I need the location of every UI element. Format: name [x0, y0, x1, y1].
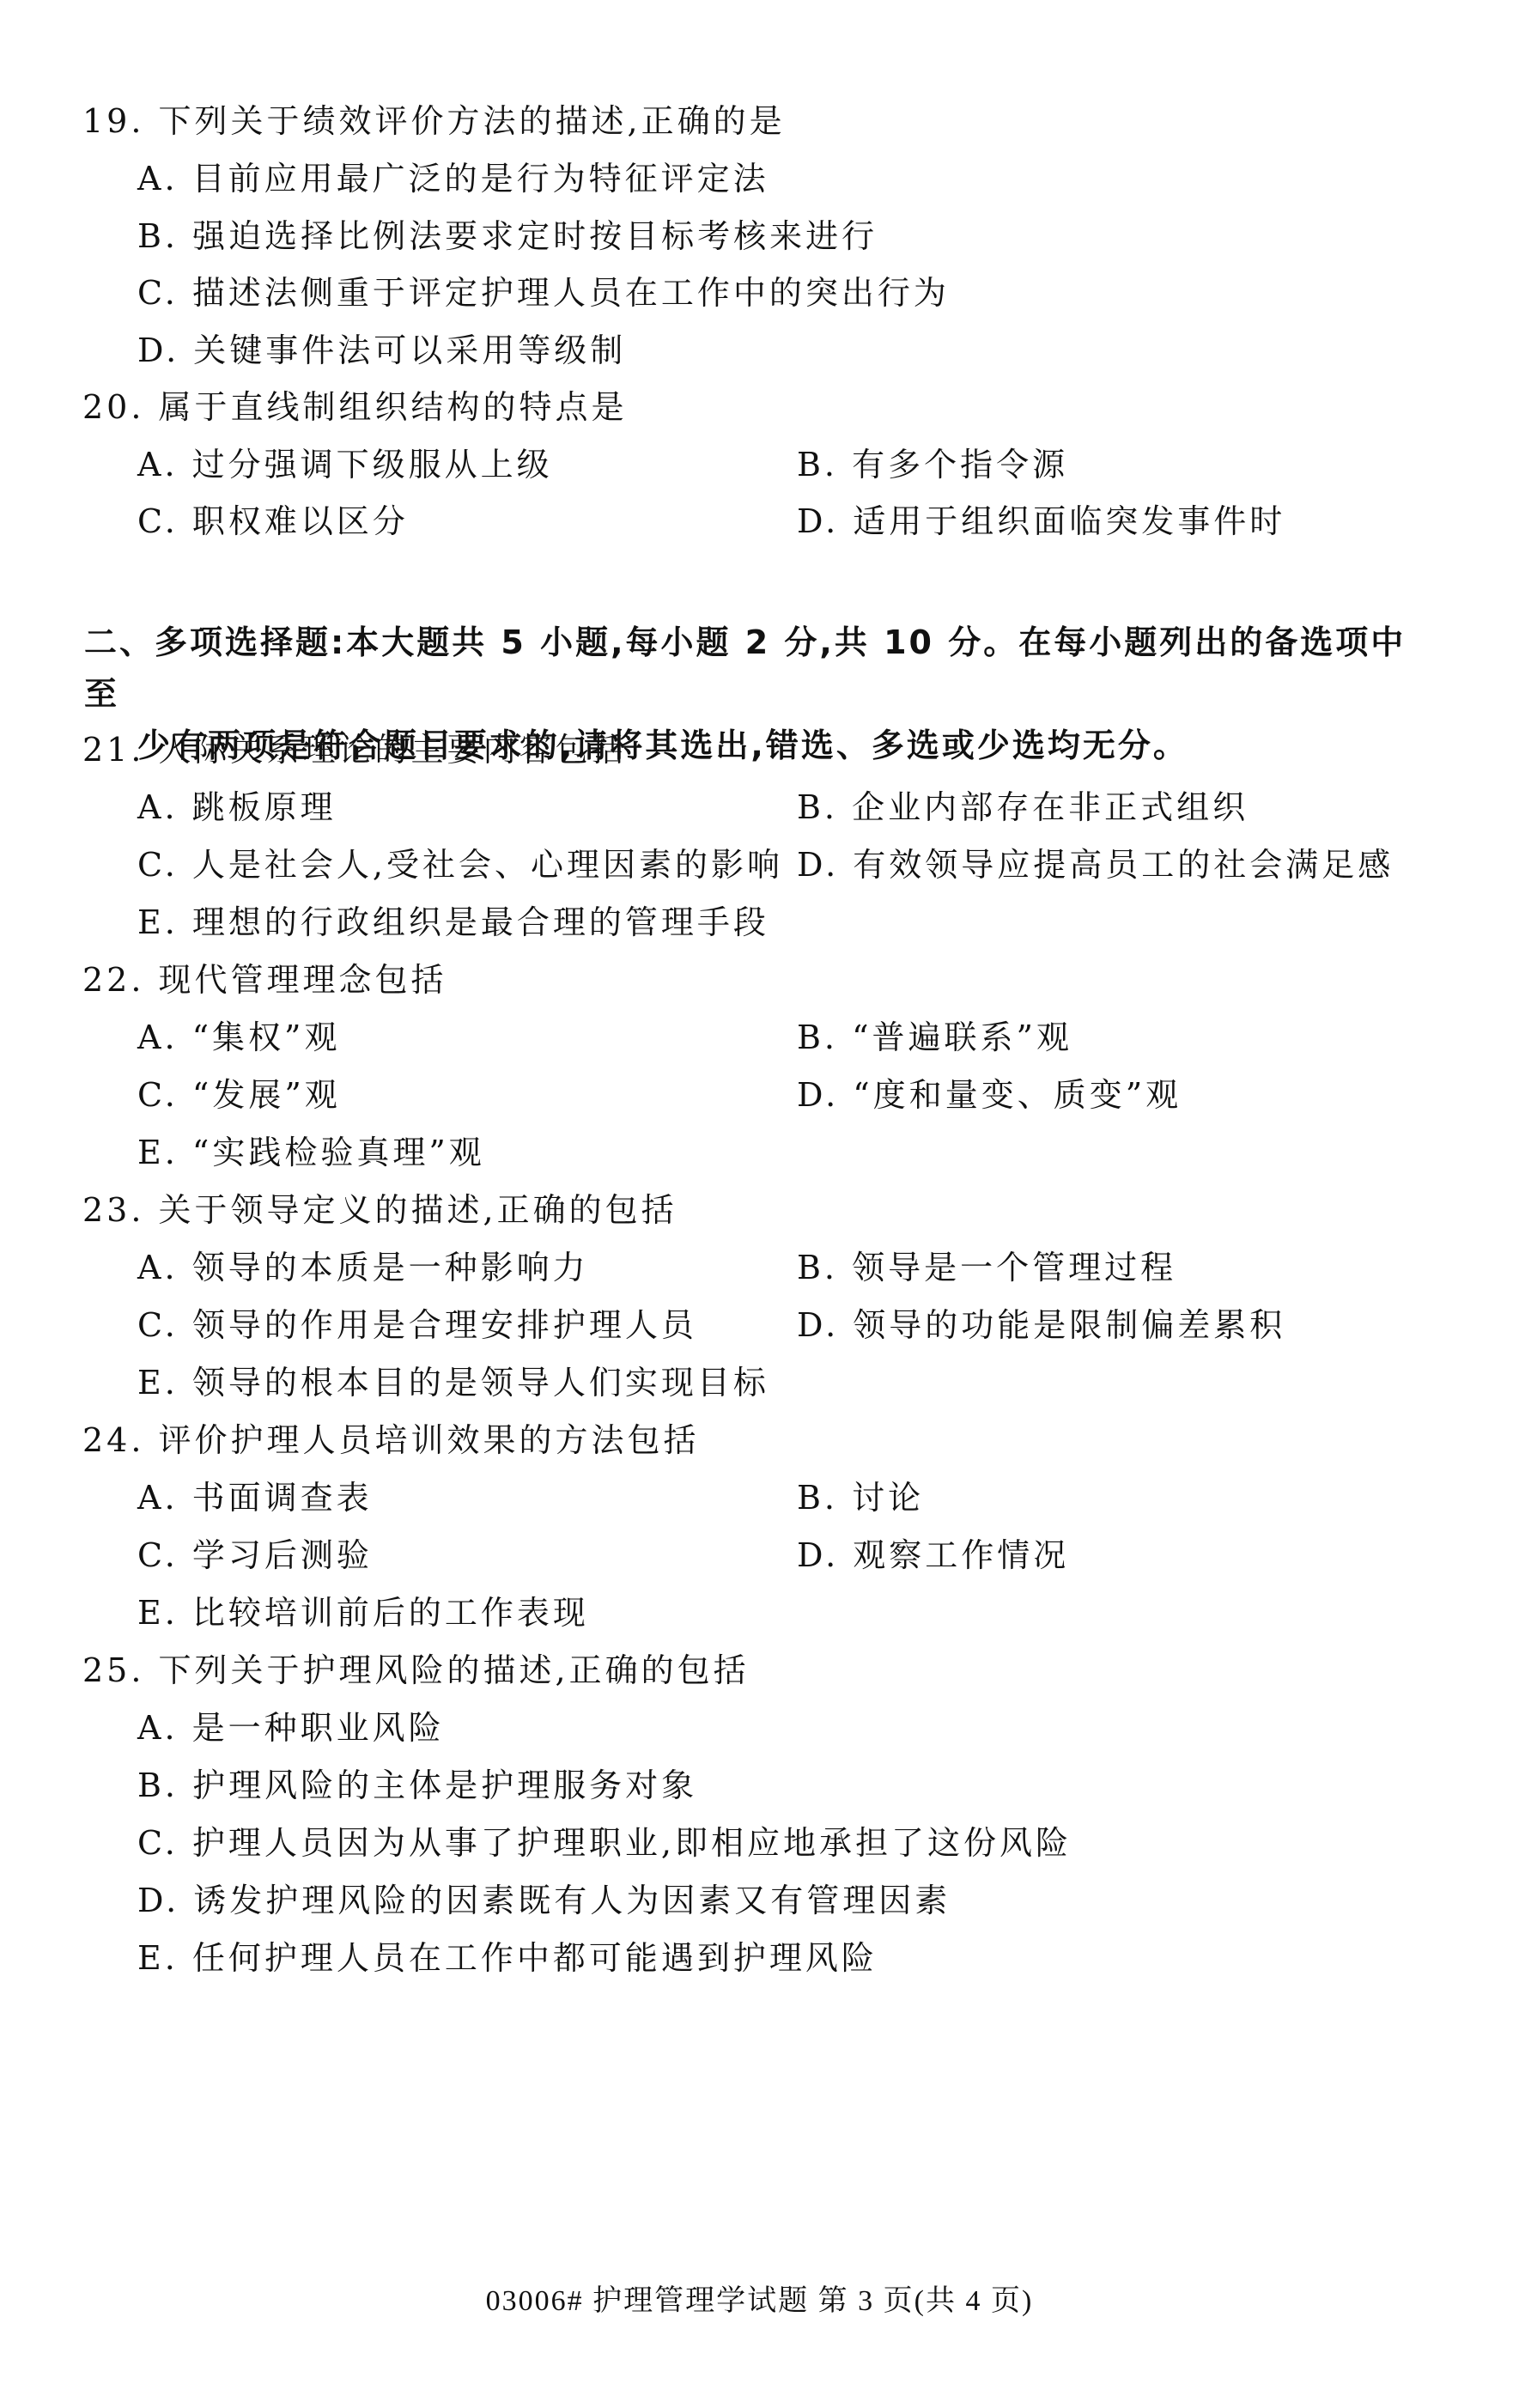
option-label: C. [137, 274, 179, 312]
option-b: B. 有多个指令源 [797, 436, 1068, 494]
text: 有效领导应提高员工的社会满足感 [853, 846, 1394, 884]
question-number: 22. [82, 961, 144, 999]
page-footer: 03006# 护理管理学试题 第 3 页(共 4 页) [0, 2280, 1519, 2323]
option-label: B. [797, 1019, 838, 1056]
section-instructions-line1: 二、多项选择题:本大题共 5 小题,每小题 2 分,共 10 分。在每小题列出的… [84, 617, 1441, 720]
question-stem: 20. 属于直线制组织结构的特点是 [82, 379, 628, 436]
option-label: D. [137, 331, 179, 369]
option-label: C. [137, 846, 179, 884]
text: 领导的本质是一种影响力 [192, 1249, 589, 1286]
option-e: E. 领导的根本目的是领导人们实现目标 [137, 1354, 769, 1412]
option-label: A. [137, 446, 179, 483]
text: 关于领导定义的描述,正确的包括 [159, 1191, 677, 1229]
option-e: E. 理想的行政组织是最合理的管理手段 [137, 894, 769, 952]
question-stem: 25. 下列关于护理风险的描述,正确的包括 [82, 1642, 750, 1700]
option-label: C. [137, 1824, 179, 1862]
option-c: C. 职权难以区分 [137, 493, 409, 550]
option-label: A. [137, 1019, 179, 1056]
option-label: D. [797, 1306, 839, 1344]
option-e: E. 比较培训前后的工作表现 [137, 1584, 589, 1642]
text: “度和量变、质变”观 [853, 1076, 1182, 1114]
option-b: B. 讨论 [797, 1469, 924, 1527]
option-label: B. [797, 1479, 838, 1517]
text: 是一种职业风险 [192, 1709, 445, 1747]
text: 讨论 [852, 1479, 924, 1517]
option-a: A. 书面调查表 [137, 1469, 373, 1527]
text: “普遍联系”观 [852, 1019, 1072, 1056]
text: 评价护理人员培训效果的方法包括 [159, 1421, 700, 1459]
option-b: B. 企业内部存在非正式组织 [797, 779, 1249, 836]
option-label: D. [797, 502, 839, 540]
option-a: A. 是一种职业风险 [137, 1700, 445, 1757]
text: 强迫选择比例法要求定时按目标考核来进行 [192, 217, 878, 255]
text: 护理风险的主体是护理服务对象 [192, 1766, 697, 1804]
option-d: D. 有效领导应提高员工的社会满足感 [797, 836, 1394, 894]
text: 人是社会人,受社会、心理因素的影响 [192, 846, 783, 884]
option-b: B. 护理风险的主体是护理服务对象 [137, 1757, 697, 1815]
option-c: C. 描述法侧重于评定护理人员在工作中的突出行为 [137, 265, 950, 322]
text: 适用于组织面临突发事件时 [853, 502, 1285, 540]
text: 目前应用最广泛的是行为特征评定法 [192, 160, 769, 198]
text: 比较培训前后的工作表现 [192, 1594, 589, 1632]
option-label: D. [797, 846, 839, 884]
option-label: E. [137, 1594, 179, 1632]
option-b: B. 强迫选择比例法要求定时按目标考核来进行 [137, 208, 878, 265]
text: 领导的功能是限制偏差累积 [853, 1306, 1285, 1344]
text: “实践检验真理”观 [192, 1134, 485, 1171]
text: “集权”观 [192, 1019, 341, 1056]
text: 关键事件法可以采用等级制 [193, 331, 626, 369]
option-label: D. [797, 1536, 839, 1574]
text: “发展”观 [192, 1076, 341, 1114]
text: 领导的根本目的是领导人们实现目标 [192, 1364, 769, 1402]
question-stem: 23. 关于领导定义的描述,正确的包括 [82, 1182, 677, 1239]
option-c: C. 领导的作用是合理安排护理人员 [137, 1297, 697, 1354]
option-label: B. [797, 446, 838, 483]
text: 属于直线制组织结构的特点是 [159, 388, 628, 426]
question-stem: 21. 人际关系理论的主要内容包括 [82, 721, 628, 779]
option-c: C. 人是社会人,受社会、心理因素的影响 [137, 836, 783, 894]
option-d: D. 领导的功能是限制偏差累积 [797, 1297, 1285, 1354]
option-a: A. 跳板原理 [137, 779, 337, 836]
option-label: B. [137, 1766, 179, 1804]
question-stem: 19. 下列关于绩效评价方法的描述,正确的是 [82, 93, 786, 150]
text: 企业内部存在非正式组织 [852, 788, 1249, 826]
option-label: C. [137, 1306, 179, 1344]
option-label: E. [137, 1939, 179, 1977]
option-label: A. [137, 160, 179, 198]
option-b: B. “普遍联系”观 [797, 1009, 1072, 1067]
option-a: A. “集权”观 [137, 1009, 340, 1067]
text: 现代管理理念包括 [159, 961, 447, 999]
option-e: E. “实践检验真理”观 [137, 1124, 485, 1182]
option-b: B. 领导是一个管理过程 [797, 1239, 1176, 1297]
text: 人际关系理论的主要内容包括 [159, 731, 628, 769]
option-label: A. [137, 1709, 179, 1747]
option-a: A. 领导的本质是一种影响力 [137, 1239, 589, 1297]
option-label: A. [137, 1479, 179, 1517]
option-c: C. 学习后测验 [137, 1527, 373, 1584]
option-a: A. 目前应用最广泛的是行为特征评定法 [137, 150, 769, 208]
text: 职权难以区分 [192, 502, 409, 540]
option-label: B. [797, 1249, 838, 1286]
question-stem: 22. 现代管理理念包括 [82, 952, 447, 1009]
option-d: D. “度和量变、质变”观 [797, 1067, 1182, 1124]
text: 书面调查表 [192, 1479, 373, 1517]
text: 有多个指令源 [852, 446, 1068, 483]
option-a: A. 过分强调下级服从上级 [137, 436, 553, 494]
question-number: 24. [82, 1421, 144, 1459]
text: 理想的行政组织是最合理的管理手段 [192, 903, 769, 941]
question-number: 20. [82, 388, 144, 426]
text: 过分强调下级服从上级 [192, 446, 553, 483]
option-label: C. [137, 1076, 179, 1114]
text: 领导是一个管理过程 [852, 1249, 1176, 1286]
text: 下列关于护理风险的描述,正确的包括 [159, 1651, 750, 1689]
option-label: E. [137, 1134, 179, 1171]
option-label: B. [137, 217, 179, 255]
text: 领导的作用是合理安排护理人员 [192, 1306, 697, 1344]
text: 任何护理人员在工作中都可能遇到护理风险 [192, 1939, 878, 1977]
option-d: D. 关键事件法可以采用等级制 [137, 322, 626, 380]
option-c: C. “发展”观 [137, 1067, 341, 1124]
question-number: 25. [82, 1651, 144, 1689]
option-d: D. 适用于组织面临突发事件时 [797, 493, 1285, 550]
option-c: C. 护理人员因为从事了护理职业,即相应地承担了这份风险 [137, 1815, 1072, 1872]
text: 观察工作情况 [853, 1536, 1069, 1574]
text: 跳板原理 [192, 788, 337, 826]
question-stem: 24. 评价护理人员培训效果的方法包括 [82, 1412, 700, 1469]
option-d: D. 观察工作情况 [797, 1527, 1069, 1584]
option-label: E. [137, 1364, 179, 1402]
option-label: A. [137, 1249, 179, 1286]
exam-page: 19. 下列关于绩效评价方法的描述,正确的是 A. 目前应用最广泛的是行为特征评… [0, 0, 1519, 2408]
option-label: E. [137, 903, 179, 941]
option-label: B. [797, 788, 838, 826]
option-d: D. 诱发护理风险的因素既有人为因素又有管理因素 [137, 1872, 951, 1930]
option-label: A. [137, 788, 179, 826]
option-e: E. 任何护理人员在工作中都可能遇到护理风险 [137, 1930, 878, 1987]
text: 诱发护理风险的因素既有人为因素又有管理因素 [193, 1882, 951, 1919]
question-number: 21. [82, 731, 144, 769]
question-number: 23. [82, 1191, 144, 1229]
text: 学习后测验 [192, 1536, 373, 1574]
option-label: D. [137, 1882, 179, 1919]
option-label: C. [137, 1536, 179, 1574]
option-label: C. [137, 502, 179, 540]
text: 描述法侧重于评定护理人员在工作中的突出行为 [192, 274, 950, 312]
text: 护理人员因为从事了护理职业,即相应地承担了这份风险 [192, 1824, 1072, 1862]
option-label: D. [797, 1076, 839, 1114]
